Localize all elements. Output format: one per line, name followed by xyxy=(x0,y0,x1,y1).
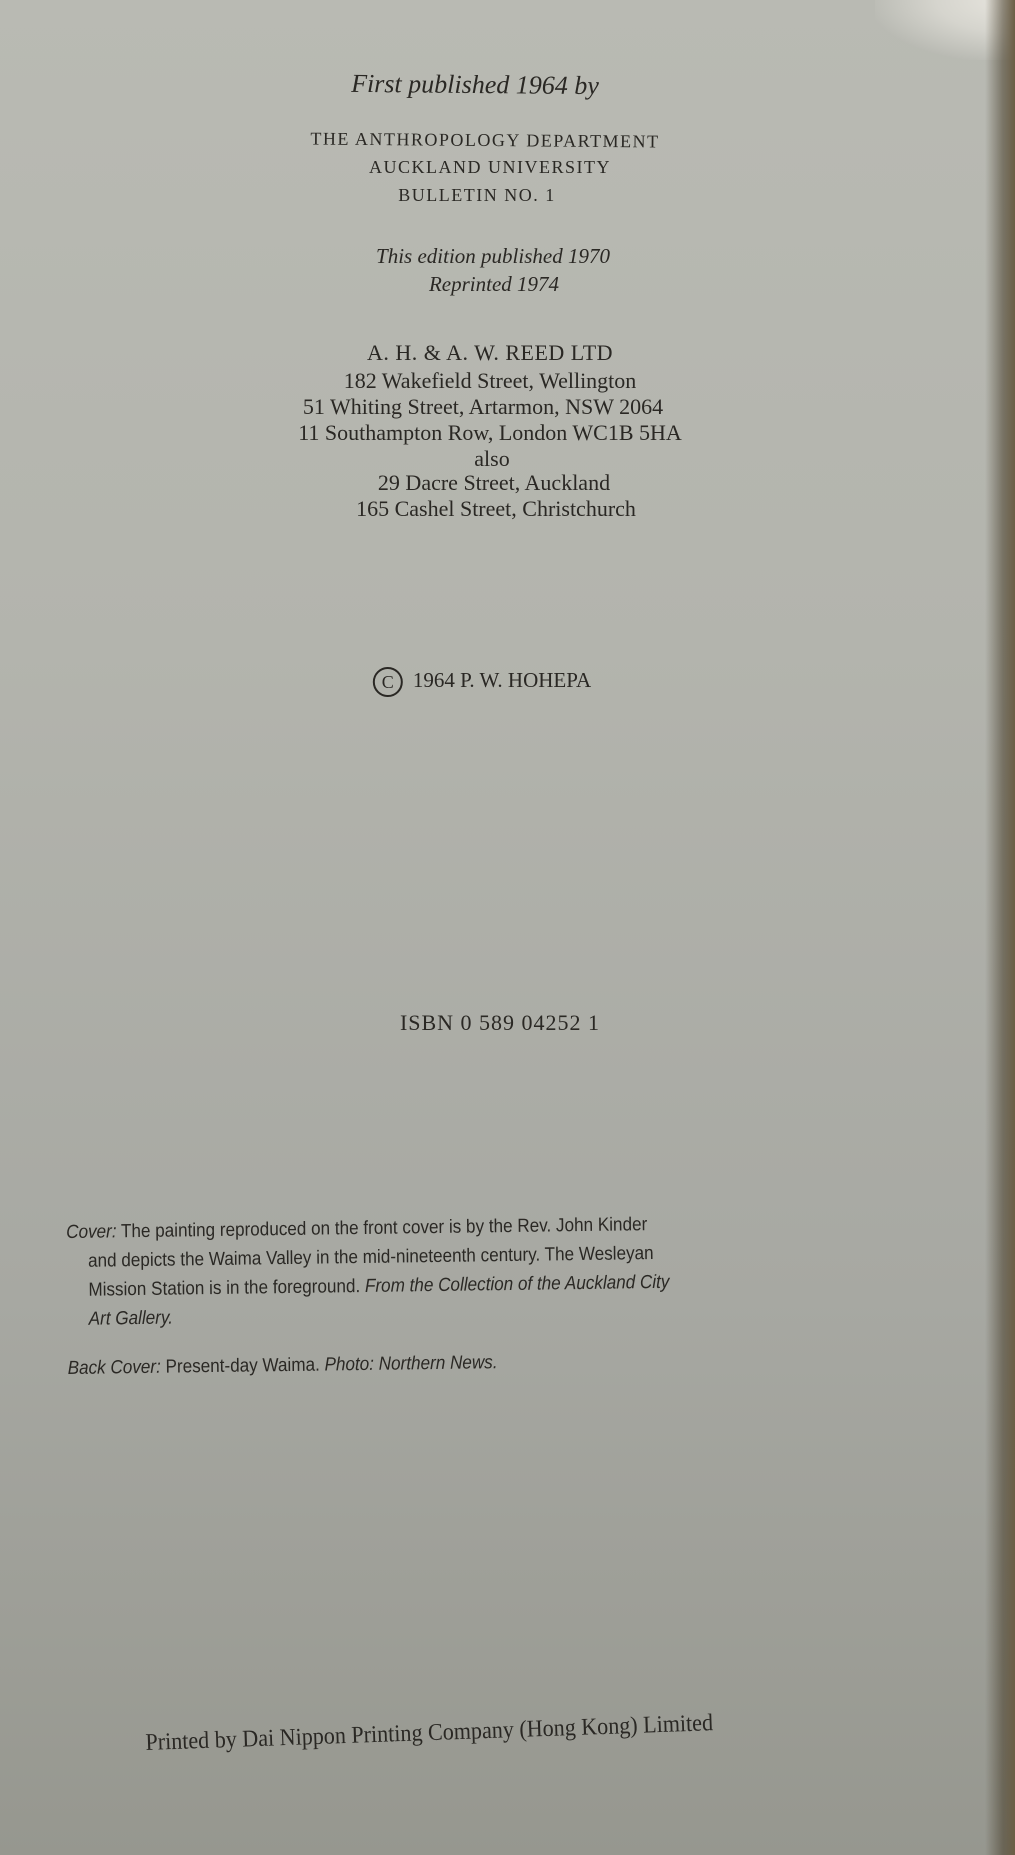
publisher-address-5: 165 Cashel Street, Christchurch xyxy=(356,496,636,522)
cover-label: Cover: xyxy=(66,1221,117,1243)
printer-line: Printed by Dai Nippon Printing Company (… xyxy=(145,1710,714,1757)
copyright-line: C1964 P. W. HOHEPA xyxy=(373,667,591,697)
book-page: First published 1964 by THE ANTHROPOLOGY… xyxy=(0,0,1015,1855)
publisher-address-2: 51 Whiting Street, Artarmon, NSW 2064 xyxy=(303,394,663,420)
page-edge-shadow xyxy=(985,0,1015,1855)
publisher-address-3: 11 Southampton Row, London WC1B 5HA xyxy=(298,420,682,446)
copyright-icon: C xyxy=(373,667,403,697)
also-line: also xyxy=(474,446,509,472)
bulletin-line: BULLETIN NO. 1 xyxy=(398,185,555,206)
university-line: AUCKLAND UNIVERSITY xyxy=(369,157,611,178)
department-line: THE ANTHROPOLOGY DEPARTMENT xyxy=(310,128,659,152)
edition-line: This edition published 1970 xyxy=(376,244,610,269)
first-published-line: First published 1964 by xyxy=(351,69,599,101)
reprinted-line: Reprinted 1974 xyxy=(429,272,559,297)
copyright-text: 1964 P. W. HOHEPA xyxy=(413,668,591,692)
publisher-address-1: 182 Wakefield Street, Wellington xyxy=(344,368,637,394)
publisher-name: A. H. & A. W. REED LTD xyxy=(367,340,613,366)
cover-note: Cover: The painting reproduced on the fr… xyxy=(66,1207,842,1382)
isbn-line: ISBN 0 589 04252 1 xyxy=(400,1010,600,1036)
publisher-address-4: 29 Dacre Street, Auckland xyxy=(378,470,610,496)
